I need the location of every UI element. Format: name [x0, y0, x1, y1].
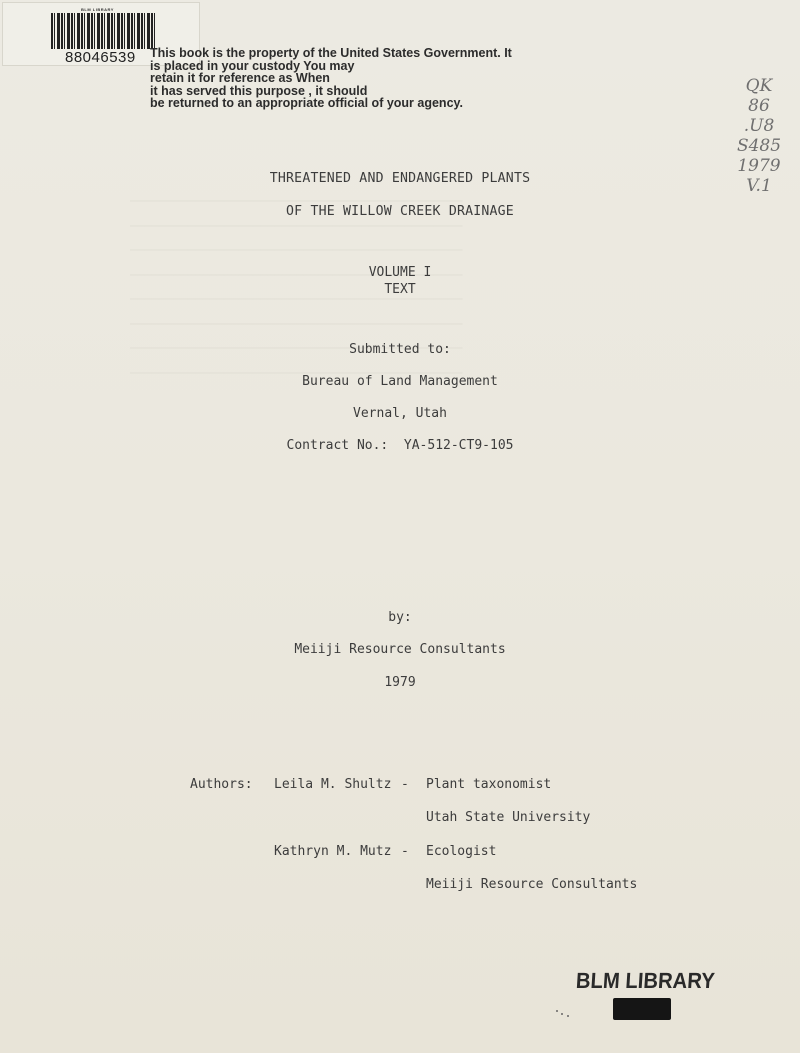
- barcode-icon: [51, 13, 157, 49]
- author-name: Leila M. Shultz: [274, 777, 391, 792]
- notice-line: retain it for reference as When: [150, 72, 590, 85]
- submitted-to-heading: Submitted to:: [0, 342, 800, 357]
- author-role: Ecologist: [426, 844, 496, 859]
- contract-number: Contract No.: YA-512-CT9-105: [0, 438, 800, 453]
- author-dash: -: [401, 844, 409, 859]
- agency-name: Bureau of Land Management: [0, 374, 800, 389]
- authors-label: Authors:: [190, 777, 253, 792]
- call-number-line: QK: [724, 76, 794, 96]
- ink-specks: [556, 1010, 572, 1018]
- notice-line: This book is the property of the United …: [150, 47, 590, 60]
- ink-blot: [613, 998, 671, 1020]
- author-name: Kathryn M. Mutz: [274, 844, 391, 859]
- call-number-line: S485: [724, 136, 794, 156]
- volume-label: VOLUME I: [0, 265, 800, 280]
- organization-name: Meiiji Resource Consultants: [0, 642, 800, 657]
- property-notice: This book is the property of the United …: [150, 47, 590, 110]
- library-stamp: BLM LIBRARY: [575, 968, 715, 994]
- author-role: Plant taxonomist: [426, 777, 551, 792]
- document-page: ────────────────────────────────────────…: [0, 0, 800, 1053]
- author-affiliation: Meiiji Resource Consultants: [426, 877, 637, 892]
- publication-year: 1979: [0, 675, 800, 690]
- barcode-number: 88046539: [65, 49, 136, 66]
- volume-subtitle: TEXT: [0, 282, 800, 297]
- document-title-line-1: THREATENED AND ENDANGERED PLANTS: [0, 171, 800, 186]
- prepared-by-heading: by:: [0, 610, 800, 625]
- document-title-line-2: OF THE WILLOW CREEK DRAINAGE: [0, 204, 800, 219]
- agency-location: Vernal, Utah: [0, 406, 800, 421]
- notice-line: be returned to an appropriate official o…: [150, 97, 590, 110]
- call-number-line: 86: [724, 96, 794, 116]
- barcode-caption: BLM LIBRARY: [81, 7, 114, 12]
- author-dash: -: [401, 777, 409, 792]
- author-affiliation: Utah State University: [426, 810, 590, 825]
- call-number-line: .U8: [724, 116, 794, 136]
